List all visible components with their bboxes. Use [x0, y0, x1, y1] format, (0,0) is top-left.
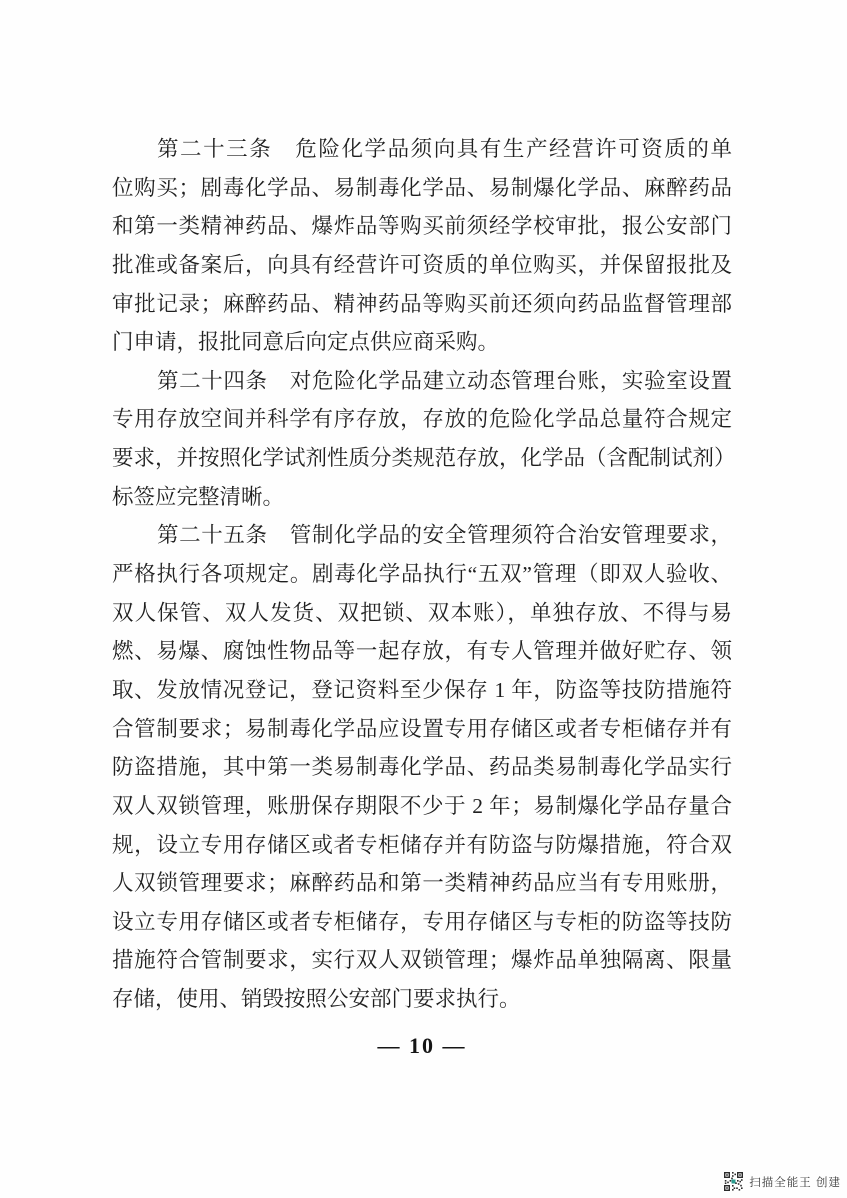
text-line: 门申请，报批同意后向定点供应商采购。: [112, 323, 732, 362]
text-line: 防盗措施，其中第一类易制毒化学品、药品类易制毒化学品实行: [112, 748, 732, 787]
paragraph-article-23: 第二十三条 危险化学品须向具有生产经营许可资质的单 位购买；剧毒化学品、易制毒化…: [112, 130, 732, 362]
text-line: 存储，使用、销毁按照公安部门要求执行。: [112, 980, 732, 1019]
text-line: 人双锁管理要求；麻醉药品和第一类精神药品应当有专用账册，: [112, 864, 732, 903]
text-line: 合管制要求；易制毒化学品应设置专用存储区或者专柜储存并有: [112, 710, 732, 749]
text-line: 和第一类精神药品、爆炸品等购买前须经学校审批，报公安部门: [112, 207, 732, 246]
paragraph-article-24: 第二十四条 对危险化学品建立动态管理台账，实验室设置 专用存放空间并科学有序存放…: [112, 362, 732, 517]
text-line: 要求，并按照化学试剂性质分类规范存放，化学品（含配制试剂）: [112, 439, 732, 478]
text-line: 第二十三条 危险化学品须向具有生产经营许可资质的单: [112, 130, 732, 169]
text-line: 第二十四条 对危险化学品建立动态管理台账，实验室设置: [112, 362, 732, 401]
text-line: 措施符合管制要求，实行双人双锁管理；爆炸品单独隔离、限量: [112, 941, 732, 980]
text-line: 标签应完整清晰。: [112, 478, 732, 517]
text-line: 严格执行各项规定。剧毒化学品执行“五双”管理（即双人验收、: [112, 555, 732, 594]
text-line: 双人保管、双人发货、双把锁、双本账），单独存放、不得与易: [112, 594, 732, 633]
watermark-label: 扫描全能王 创建: [749, 1174, 841, 1190]
page-number: — 10 —: [112, 1026, 732, 1066]
text-line: 专用存放空间并科学有序存放，存放的危险化学品总量符合规定: [112, 400, 732, 439]
text-line: 规，设立专用存储区或者专柜储存并有防盗与防爆措施，符合双: [112, 826, 732, 865]
text-line: 批准或备案后，向具有经营许可资质的单位购买，并保留报批及: [112, 246, 732, 285]
paragraph-article-25: 第二十五条 管制化学品的安全管理须符合治安管理要求， 严格执行各项规定。剧毒化学…: [112, 516, 732, 1018]
text-line: 取、发放情况登记，登记资料至少保存 1 年，防盗等技防措施符: [112, 671, 732, 710]
text-line: 双人双锁管理，账册保存期限不少于 2 年；易制爆化学品存量合: [112, 787, 732, 826]
qr-code-icon: [724, 1172, 743, 1191]
text-line: 第二十五条 管制化学品的安全管理须符合治安管理要求，: [112, 516, 732, 555]
text-line: 位购买；剧毒化学品、易制毒化学品、易制爆化学品、麻醉药品: [112, 169, 732, 208]
document-page: 第二十三条 危险化学品须向具有生产经营许可资质的单 位购买；剧毒化学品、易制毒化…: [0, 0, 847, 1198]
scanner-watermark: 扫描全能王 创建: [724, 1172, 841, 1191]
text-line: 燃、易爆、腐蚀性物品等一起存放，有专人管理并做好贮存、领: [112, 632, 732, 671]
text-line: 审批记录；麻醉药品、精神药品等购买前还须向药品监督管理部: [112, 285, 732, 324]
document-body: 第二十三条 危险化学品须向具有生产经营许可资质的单 位购买；剧毒化学品、易制毒化…: [112, 130, 732, 1019]
text-line: 设立专用存储区或者专柜储存，专用存储区与专柜的防盗等技防: [112, 903, 732, 942]
